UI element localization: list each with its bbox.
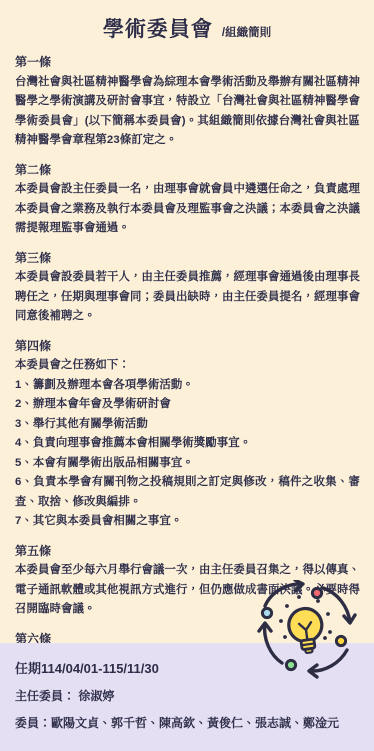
academic-committee-page: 學術委員會/組織簡則 第一條 台灣社會與社區精神醫學會為綜理本會學術活動及舉辦有… [0,0,374,751]
rule-body: 本委員會設委員若干人，由主任委員推薦，經理事會通過後由理事長聘任之，任期與理事會… [15,268,360,327]
red-dot-icon [312,588,321,597]
yellow-dot-icon [336,636,345,645]
rule-task-item: 7、其它與本委員會相關之事宜。 [15,512,360,532]
rules-list: 第一條 台灣社會與社區精神醫學會為綜理本會學術活動及舉辦有關社區精神醫學之學術演… [0,43,374,669]
rule-task-item: 3、舉行其他有關學術活動 [15,415,360,435]
page-subtitle: /組織簡則 [222,24,271,40]
rule-heading: 第二條 [15,161,360,181]
rule-section-1: 第一條 台灣社會與社區精神醫學會為綜理本會學術活動及舉辦有關社區精神醫學之學術演… [15,53,360,151]
lightbulb-icon [287,606,326,655]
members-line: 委員：歐陽文貞、郭千哲、陳高欽、黃俊仁、張志誠、鄭淦元 [15,715,359,731]
rule-task-item: 5、本會有關學術出版品相關事宜。 [15,454,360,474]
members-label: 委員： [15,716,51,730]
rule-heading: 第一條 [15,53,360,73]
rule-body: 本委員會之任務如下： [15,356,360,376]
rule-section-3: 第三條 本委員會設委員若干人，由主任委員推薦，經理事會通過後由理事長聘任之，任期… [15,249,360,327]
rule-task-item: 6、負責本學會有關刊物之投稿規則之訂定與修改，稿件之收集、審查、取捨、修改與編排… [15,473,360,512]
rule-heading: 第四條 [15,337,360,357]
rule-heading: 第三條 [15,249,360,269]
blue-dot-icon [262,608,271,617]
idea-cycle-lightbulb-icon [252,580,365,679]
rule-body: 台灣社會與社區精神醫學會為綜理本會學術活動及舉辦有關社區精神醫學之學術演講及研討… [15,73,360,151]
page-title: 學術委員會 [103,13,213,43]
rule-task-item: 1、籌劃及辦理本會各項學術活動。 [15,376,360,396]
green-dot-icon [286,660,295,669]
rule-section-4: 第四條 本委員會之任務如下： 1、籌劃及辦理本會各項學術活動。 2、辦理本會年會… [15,337,360,532]
chair-line: 主任委員： 徐淑婷 [15,688,359,704]
rule-task-item: 2、辦理本會年會及學術研討會 [15,395,360,415]
rule-body: 本委員會設主任委員一名，由理事會就會員中遴選任命之，負責處理本委員會之業務及執行… [15,180,360,239]
page-header: 學術委員會/組織簡則 [0,0,374,43]
chair-label: 主任委員： [15,689,75,703]
rule-task-item: 4、負責向理事會推薦本會相關學術獎勵事宜。 [15,434,360,454]
members-names: 歐陽文貞、郭千哲、陳高欽、黃俊仁、張志誠、鄭淦元 [51,716,339,730]
rule-section-2: 第二條 本委員會設主任委員一名，由理事會就會員中遴選任命之，負責處理本委員會之業… [15,161,360,239]
chair-name: 徐淑婷 [78,689,114,703]
rule-heading: 第五條 [15,542,360,562]
